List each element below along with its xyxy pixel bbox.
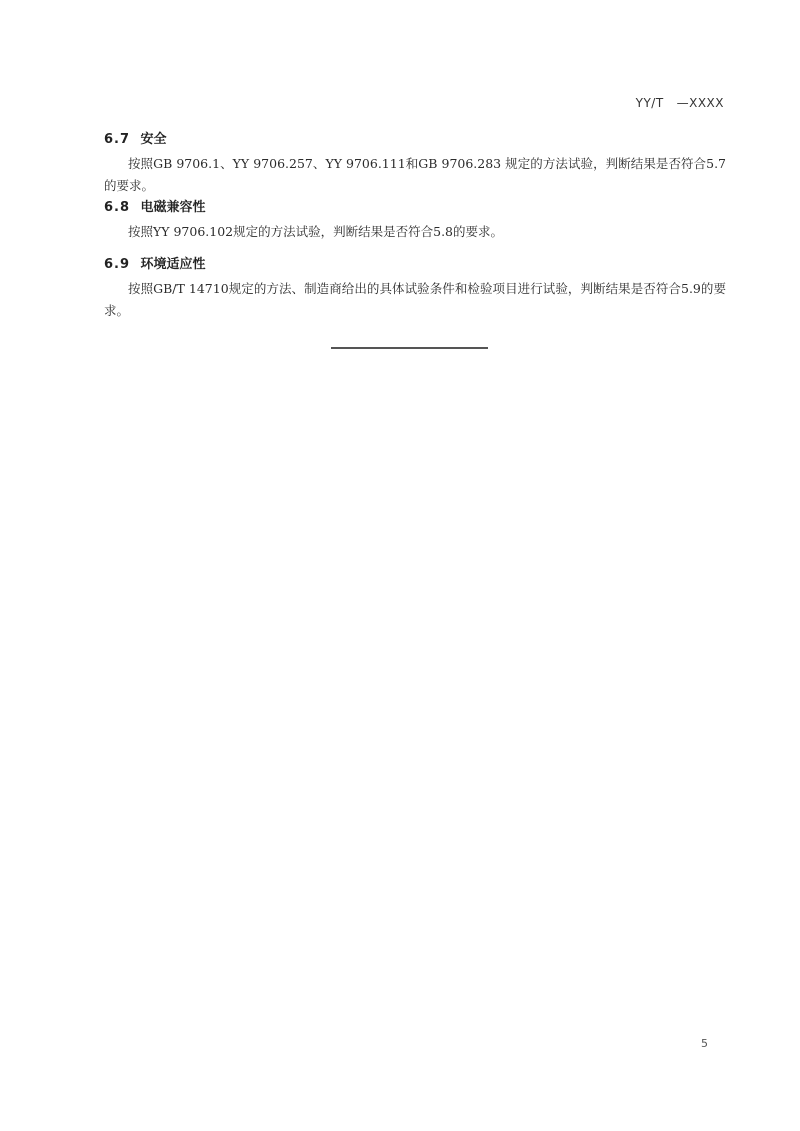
section-body: 按照YY 9706.102规定的方法试验，判断结果是否符合5.8的要求。 bbox=[104, 221, 726, 243]
section-heading: 6.7 安全 bbox=[104, 130, 726, 150]
section-body: 按照GB 9706.1、YY 9706.257、YY 9706.111和GB 9… bbox=[104, 153, 726, 197]
end-of-document-rule bbox=[331, 347, 488, 349]
section-number: 6.8 bbox=[104, 198, 136, 218]
section-6-8-emc: 6.8 电磁兼容性 按照YY 9706.102规定的方法试验，判断结果是否符合5… bbox=[106, 198, 726, 243]
section-6-7-safety: 6.7 安全 按照GB 9706.1、YY 9706.257、YY 9706.1… bbox=[106, 130, 726, 197]
standard-code-header: YY/T —XXXX bbox=[636, 96, 724, 110]
section-title: 安全 bbox=[141, 132, 167, 147]
section-heading: 6.9 环境适应性 bbox=[104, 255, 726, 275]
section-body: 按照GB/T 14710规定的方法、制造商给出的具体试验条件和检验项目进行试验，… bbox=[104, 278, 726, 322]
section-number: 6.7 bbox=[104, 130, 136, 150]
page-number: 5 bbox=[701, 1037, 708, 1050]
section-title: 电磁兼容性 bbox=[141, 200, 206, 215]
section-number: 6.9 bbox=[104, 255, 136, 275]
section-heading: 6.8 电磁兼容性 bbox=[104, 198, 726, 218]
section-6-9-environmental-adaptability: 6.9 环境适应性 按照GB/T 14710规定的方法、制造商给出的具体试验条件… bbox=[106, 255, 726, 322]
section-title: 环境适应性 bbox=[141, 257, 206, 272]
